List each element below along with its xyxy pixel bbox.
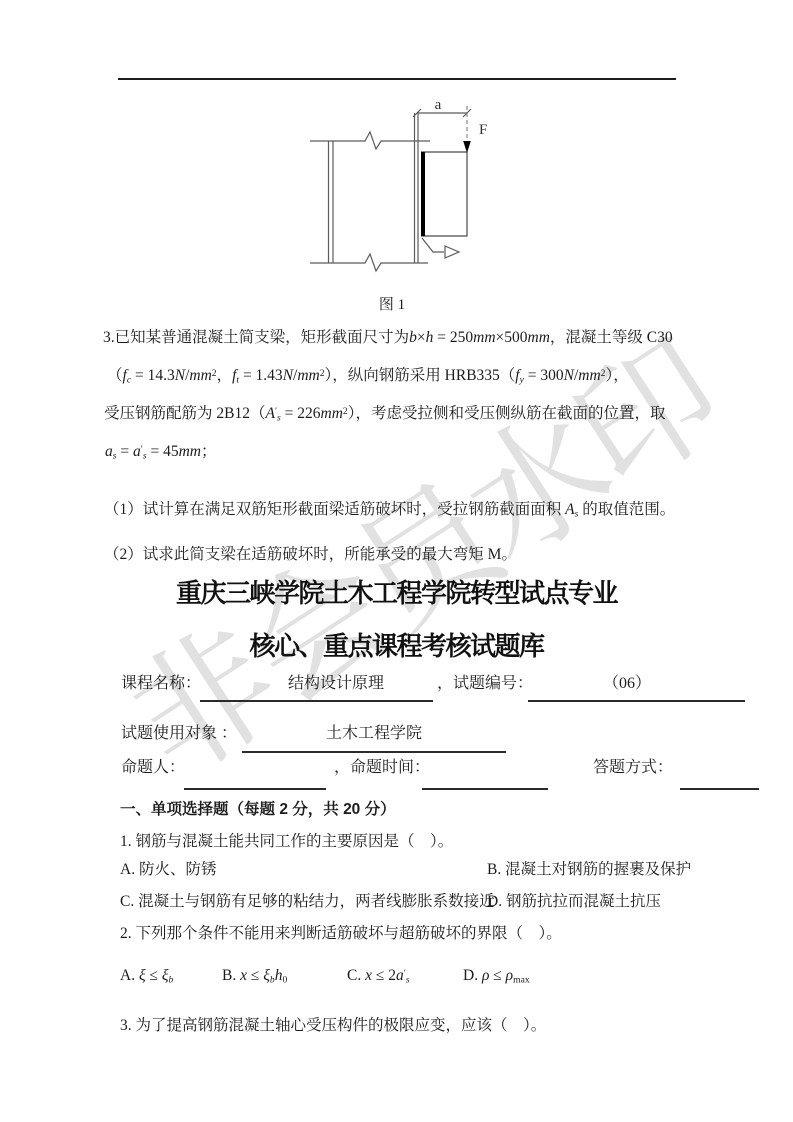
question-2-option-c: C. x ≤ 2a′s [347, 966, 410, 987]
problem3-subquestion-2: （2）试求此简支梁在适筋破坏时，所能承受的最大弯矩 M。 [104, 545, 517, 564]
problem3-line-1: 3.已知某普通混凝土简支梁，矩形截面尺寸为b×h = 250mm×500mm，混… [103, 328, 673, 347]
course-name-value: 结构设计原理 [288, 674, 384, 694]
date-label: ，命题时间： [334, 758, 430, 778]
problem3-line-3: 受压钢筋配筋为 2B12（A′s = 226mm2），考虑受拉侧和受压侧纵筋在截… [104, 404, 665, 425]
exam-audience-underline [242, 751, 506, 753]
author-label: 命题人： [121, 758, 185, 778]
figure-1-drawing: a F [290, 90, 520, 305]
force-label: F [479, 122, 487, 138]
section1-heading: 一、单项选择题（每题 2 分，共 20 分） [120, 800, 396, 819]
exam-audience-label: 试题使用对象 ： [121, 724, 237, 744]
open-arrow-icon [445, 246, 459, 258]
exam-number-underline [528, 700, 745, 702]
leader-line [422, 238, 444, 252]
question-1: 1. 钢筋与混凝土能共同工作的主要原因是（ ）。 [120, 832, 453, 851]
course-name-underline [200, 700, 433, 702]
problem3-line-4: as = a′s = 45mm； [105, 442, 216, 463]
date-underline [422, 788, 548, 790]
exam-audience-value: 土木工程学院 [326, 724, 422, 744]
document-title-line2: 核心、重点课程考核试题库 [0, 626, 793, 663]
exam-number-label: ，试题编号： [437, 674, 533, 694]
problem3-subquestion-1: （1）试计算在满足双筋矩形截面梁适筋破坏时，受拉钢筋截面面积 As 的取值范围。 [104, 500, 675, 521]
exam-number-value: （06） [603, 674, 651, 694]
dimension-label: a [435, 97, 442, 113]
question-2-option-a: A. ξ ≤ ξb [120, 966, 173, 987]
question-1-option-d: D. 钢筋抗拉而混凝土抗压 [487, 892, 661, 911]
bracket-outline [421, 152, 467, 236]
break-line-bottom [310, 254, 428, 271]
document-title-line1: 重庆三峡学院土木工程学院转型试点专业 [0, 573, 793, 610]
answer-method-underline [680, 788, 759, 790]
question-3: 3. 为了提高钢筋混凝土轴心受压构件的极限应变，应该（ ）。 [120, 1016, 546, 1035]
question-1-option-b: B. 混凝土对钢筋的握裹及保护 [487, 860, 691, 879]
question-2-option-b: B. x ≤ ξbh0 [222, 966, 287, 987]
author-underline [184, 788, 326, 790]
force-arrowhead-icon [463, 141, 471, 153]
question-1-option-a: A. 防火、防锈 [120, 860, 216, 879]
course-name-label: 课程名称： [121, 674, 201, 694]
question-2-option-d: D. ρ ≤ ρmax [463, 966, 530, 987]
question-2: 2. 下列那个条件不能用来判断适筋破坏与超筋破坏的界限（ ）。 [120, 924, 562, 943]
figure-caption: 图 1 [337, 293, 447, 314]
question-1-option-c: C. 混凝土与钢筋有足够的粘结力，两者线膨胀系数接近 [120, 892, 495, 911]
answer-method-label: 答题方式： [593, 758, 673, 778]
header-rule [118, 78, 676, 80]
problem3-line-2: （fc = 14.3N/mm2，ft = 1.43N/mm2），纵向钢筋采用 H… [107, 366, 629, 387]
document-page: 非会员水印 [0, 0, 793, 1122]
